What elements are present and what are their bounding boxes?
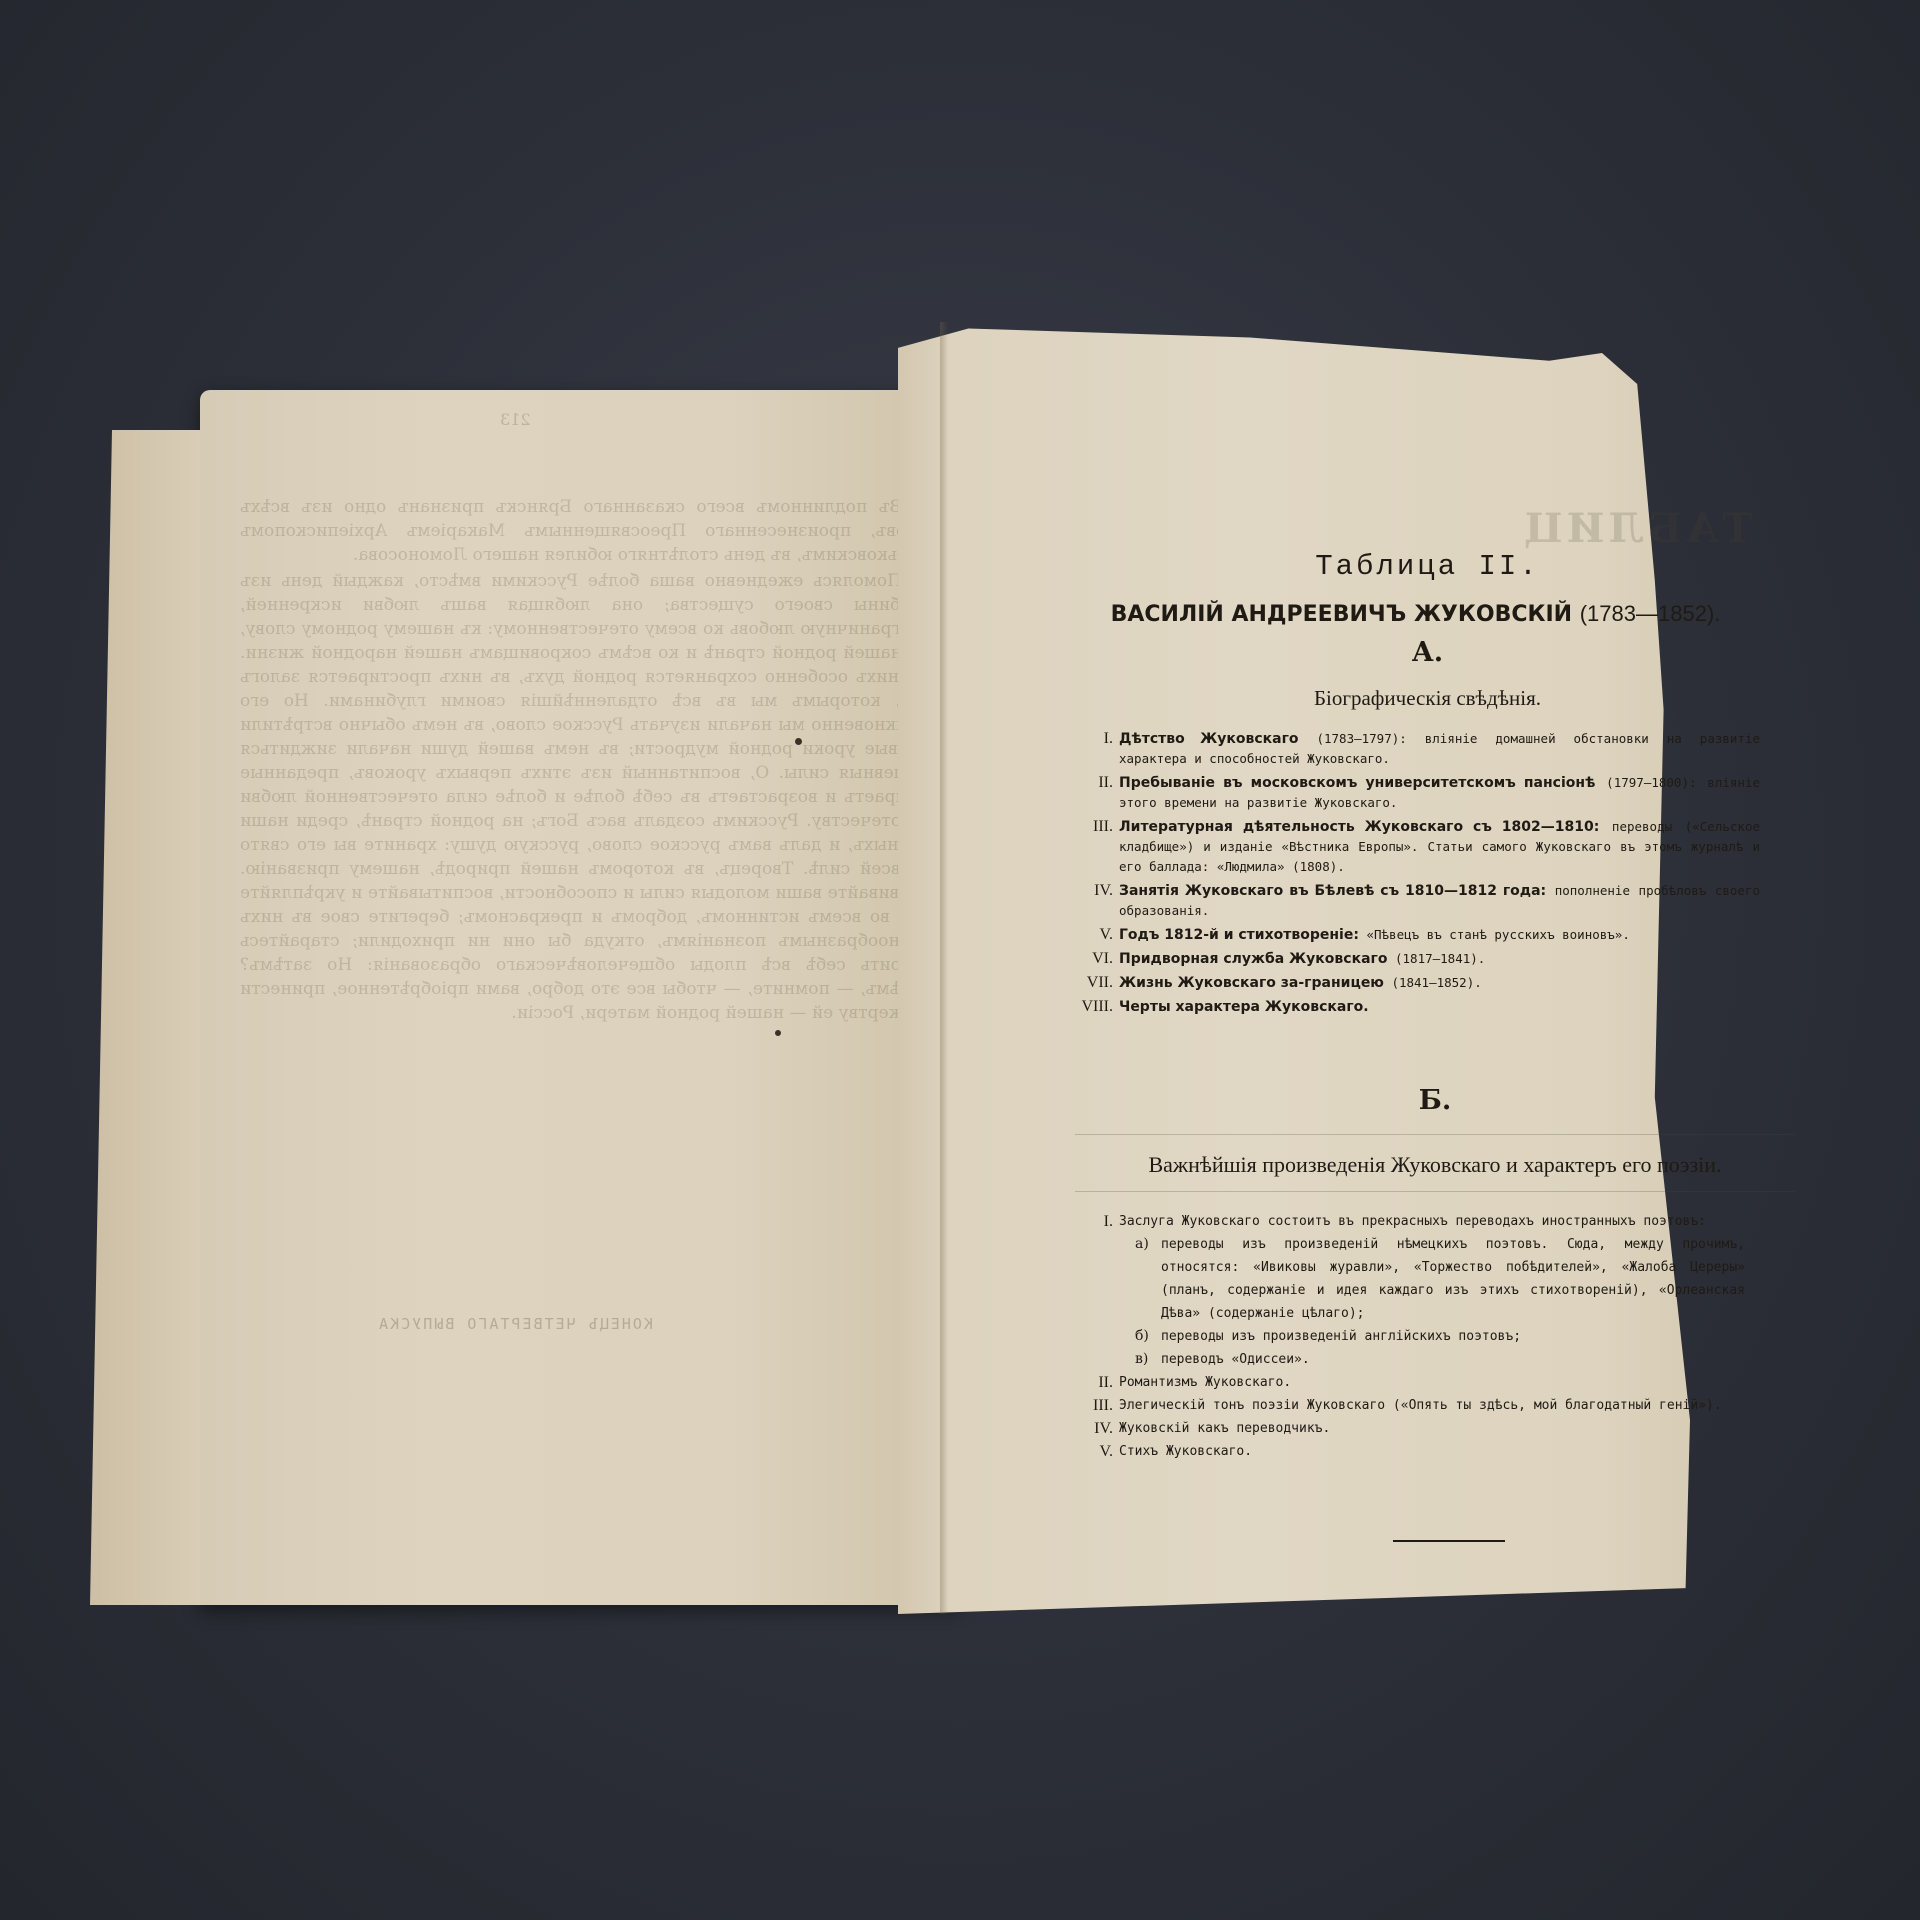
sub-item-text: переводы изъ произведеній англійскихъ по…	[1161, 1329, 1521, 1344]
sub-item: в)переводъ «Одиссеи».	[1135, 1348, 1745, 1371]
item-heading: Жизнь Жуковскаго за-границею	[1119, 975, 1384, 991]
section-a-letter: А.	[1095, 637, 1760, 668]
paper-blemish	[795, 738, 802, 745]
item-text: Романтизмъ Жуковскаго.	[1119, 1375, 1291, 1390]
author-heading: ВАСИЛІЙ АНДРЕЕВИЧЪ ЖУКОВСКІЙ (1783—1852)…	[1071, 601, 1760, 627]
bleed-paragraph: Помолясь ежедневно ваша болѣе Русскими в…	[240, 569, 930, 1025]
list-item: I. Заслуга Жуковскаго состоитъ въ прекра…	[1105, 1210, 1745, 1233]
list-item: VI.Придворная служба Жуковскаго (1817—18…	[1095, 949, 1760, 969]
list-item: IV.Жуковскій какъ переводчикъ.	[1105, 1417, 1745, 1440]
list-item: V.Стихъ Жуковскаго.	[1105, 1440, 1745, 1463]
item-number: VIII.	[1073, 997, 1113, 1016]
bleed-paragraph: Въ подлинномъ всего сказаннаго Брянскъ п…	[240, 495, 930, 567]
list-item: VII.Жизнь Жуковскаго за-границею (1841—1…	[1095, 973, 1760, 993]
item-number: I.	[1069, 1210, 1113, 1233]
sub-item: а)переводы изъ произведеній нѣмецкихъ по…	[1135, 1233, 1745, 1325]
photo-scene: 213 Въ подлинномъ всего сказаннаго Брянс…	[0, 0, 1920, 1920]
divider	[1075, 1191, 1795, 1192]
item-number: I.	[1073, 729, 1113, 748]
item-number: V.	[1073, 925, 1113, 944]
list-item: II.Романтизмъ Жуковскаго.	[1105, 1371, 1745, 1394]
works-list: I. Заслуга Жуковскаго состоитъ въ прекра…	[1105, 1210, 1745, 1463]
item-text: «Пѣвецъ въ станѣ русскихъ воиновъ».	[1359, 927, 1630, 942]
author-years: (1783—1852).	[1580, 601, 1721, 626]
end-rule	[1393, 1540, 1505, 1542]
biography-list: I.Дѣтство Жуковскаго (1783—1797): вліяні…	[1095, 729, 1760, 1017]
left-page: 213 Въ подлинномъ всего сказаннаго Брянс…	[200, 390, 960, 1605]
item-number: II.	[1073, 773, 1113, 792]
section-b-letter: Б.	[1075, 1085, 1795, 1116]
item-text: (1841—1852).	[1384, 975, 1482, 990]
item-text: Жуковскій какъ переводчикъ.	[1119, 1421, 1330, 1436]
item-number: III.	[1069, 1394, 1113, 1417]
sub-item-text: переводъ «Одиссеи».	[1161, 1352, 1310, 1367]
list-item: III.Литературная дѣятельность Жуковскаго…	[1095, 817, 1760, 877]
bleed-through-text: Въ подлинномъ всего сказаннаго Брянскъ п…	[240, 495, 930, 1027]
item-text: Заслуга Жуковскаго состоитъ въ прекрасны…	[1119, 1214, 1706, 1229]
section-a-subtitle: Біографическія свѣдѣнія.	[1095, 686, 1760, 711]
section-b: Б. Важнѣйшія произведенія Жуковскаго и х…	[1075, 1075, 1795, 1463]
divider	[1075, 1134, 1795, 1135]
item-heading: Литературная дѣятельность Жуковскаго съ …	[1119, 819, 1599, 835]
list-item: VIII.Черты характера Жуковскаго.	[1095, 997, 1760, 1017]
item-text: Стихъ Жуковскаго.	[1119, 1444, 1252, 1459]
right-page-content: Таблица II. ВАСИЛІЙ АНДРЕЕВИЧЪ ЖУКОВСКІЙ…	[1095, 545, 1760, 1021]
item-number: VII.	[1073, 973, 1113, 992]
item-text: (1817—1841).	[1387, 951, 1485, 966]
sub-item-label: в)	[1135, 1348, 1148, 1371]
item-number: II.	[1069, 1371, 1113, 1394]
item-number: IV.	[1069, 1417, 1113, 1440]
bleed-page-number: 213	[500, 410, 531, 429]
sub-item-label: а)	[1135, 1233, 1149, 1256]
list-item: IV.Занятія Жуковскаго въ Бѣлевѣ съ 1810—…	[1095, 881, 1760, 921]
sub-item: б)переводы изъ произведеній англійскихъ …	[1135, 1325, 1745, 1348]
item-number: III.	[1073, 817, 1113, 836]
list-item: II.Пребываніе въ московскомъ университет…	[1095, 773, 1760, 813]
table-title: Таблица II.	[1095, 550, 1760, 583]
item-heading: Пребываніе въ московскомъ университетско…	[1119, 775, 1595, 791]
item-heading: Годъ 1812-й и стихотвореніе:	[1119, 927, 1359, 943]
list-item: V.Годъ 1812-й и стихотвореніе: «Пѣвецъ в…	[1095, 925, 1760, 945]
section-b-title: Важнѣйшія произведенія Жуковскаго и хара…	[1075, 1147, 1795, 1183]
bleed-footer: КОНЕЦЪ ЧЕТВЕРТАГО ВЫПУСКА	[355, 1315, 675, 1333]
paper-blemish	[775, 1030, 781, 1036]
sub-item-label: б)	[1135, 1325, 1149, 1348]
author-name: ВАСИЛІЙ АНДРЕЕВИЧЪ ЖУКОВСКІЙ	[1111, 602, 1572, 627]
list-item: III.Элегическій тонъ поэзіи Жуковскаго (…	[1105, 1394, 1745, 1417]
item-text: Элегическій тонъ поэзіи Жуковскаго («Опя…	[1119, 1398, 1722, 1413]
list-item: I.Дѣтство Жуковскаго (1783—1797): вліяні…	[1095, 729, 1760, 769]
item-heading: Черты характера Жуковскаго.	[1119, 999, 1369, 1015]
item-heading: Придворная служба Жуковскаго	[1119, 951, 1387, 967]
item-heading: Занятія Жуковскаго въ Бѣлевѣ съ 1810—181…	[1119, 883, 1546, 899]
item-number: VI.	[1073, 949, 1113, 968]
item-heading: Дѣтство Жуковскаго	[1119, 731, 1299, 747]
item-number: IV.	[1073, 881, 1113, 900]
page-fold-shadow	[940, 322, 948, 1614]
item-number: V.	[1069, 1440, 1113, 1463]
sub-item-text: переводы изъ произведеній нѣмецкихъ поэт…	[1161, 1237, 1745, 1321]
